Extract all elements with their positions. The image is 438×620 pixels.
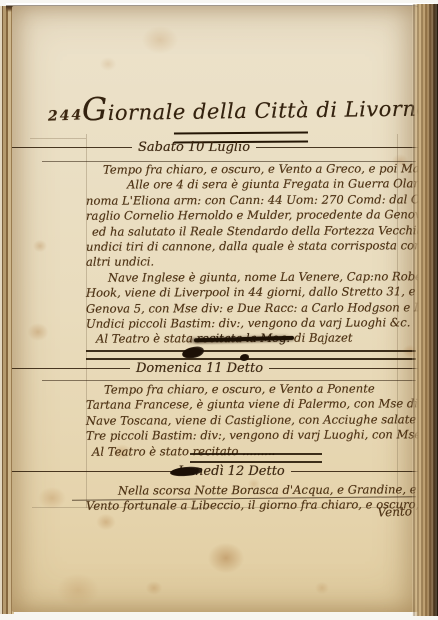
theater-text-pre: Al Teatro è stata [96, 332, 197, 346]
heading-rule-left [12, 147, 132, 148]
journal-line: Undici piccoli Bastim: div:, vengono da … [86, 315, 416, 332]
theater-text-post: di Bajazet [290, 331, 352, 345]
page-number: 244 [48, 107, 84, 124]
book-photo: 244 Giornale della Città di Livorno Saba… [0, 0, 438, 620]
journal-line: ed ha salutato il Reale Stendardo della … [86, 223, 416, 240]
page-stack-edge [412, 4, 438, 616]
journal-line-theater: Al Teatro è stata recitata la Mog: di Ba… [86, 331, 416, 348]
journal-line: altri undici. [86, 254, 416, 271]
catchword: Vento [312, 504, 412, 521]
journal-line: Alle ore 4 di sera è giunta Fregata in G… [86, 177, 416, 194]
entry-heading-lunedi: Lunedì 12 Detto [12, 464, 420, 479]
journal-line: Tre piccoli Bastim: div:, vengono di var… [86, 427, 416, 444]
heading-rule-right [256, 147, 420, 148]
journal-line: Hook, viene di Liverpool in 44 giorni, d… [86, 284, 416, 301]
entry-divider-rule [190, 453, 322, 463]
journal-line: Nave Toscana, viene di Castiglione, con … [86, 412, 416, 429]
heading-rule-right [291, 471, 420, 472]
manuscript-page: 244 Giornale della Città di Livorno Saba… [12, 6, 420, 612]
page-title: Giornale della Città di Livorno [82, 88, 412, 129]
journal-line: noma L'Eliona arm: con Cann: 44 Uom: 270… [86, 192, 416, 209]
journal-entry-sabato: Tempo fra chiaro, e oscuro, e Vento a Gr… [86, 162, 416, 347]
heading-rule-right [269, 368, 420, 369]
journal-line: Genova 5, con Mse div: e Due Racc: a Car… [86, 300, 416, 317]
entry-heading-sabato: Sabato 10 Luglio [12, 140, 420, 155]
theater-text-struck: recitata la Mog: [197, 331, 291, 345]
entry-heading-domenica: Domenica 11 Detto [12, 361, 420, 376]
heading-label: Domenica 11 Detto [130, 361, 269, 376]
journal-line: Tartana Francese, è giunta viene di Pale… [86, 397, 416, 414]
journal-line: Nave Inglese è giunta, nome La Venere, C… [86, 269, 416, 286]
journal-line: raglio Cornelio Hernoldo e Mulder, proce… [86, 207, 416, 224]
entry-divider-rule [86, 350, 416, 360]
heading-rule-left [12, 368, 130, 369]
margin-rule-top-left [30, 138, 86, 139]
journal-entry-domenica: Tempo fra chiaro, e oscuro, e Vento a Po… [86, 382, 416, 459]
heading-rule-left [12, 471, 172, 472]
heading-label: Sabato 10 Luglio [132, 140, 256, 155]
